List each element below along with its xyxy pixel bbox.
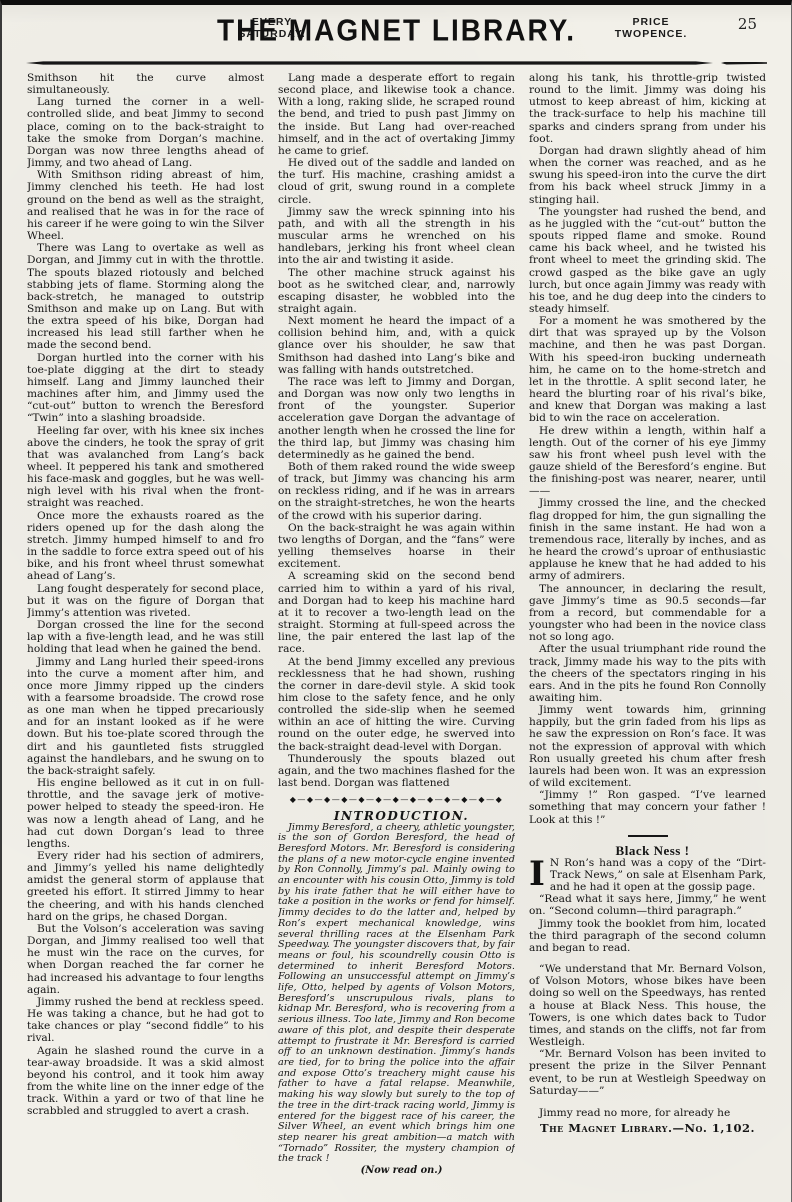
paragraph: He dived out of the saddle and landed on…	[278, 157, 515, 206]
paragraph: For a moment he was smothered by the dir…	[529, 315, 766, 424]
rule-end-dash	[721, 62, 767, 65]
column-1: Smithson hit the curve almost simultaneo…	[27, 72, 264, 1202]
swelled-rule	[26, 61, 713, 65]
column-2: Lang made a desperate effort to regain s…	[278, 72, 515, 1202]
introduction-synopsis: Jimmy Beresford, a cheery, athletic youn…	[278, 823, 515, 1166]
dropcap-paragraph: IN Ron’s hand was a copy of the “Dirt-Tr…	[529, 857, 766, 893]
paragraph: Again he slashed round the curve in a te…	[27, 1045, 264, 1118]
paragraph: A screaming skid on the second bend carr…	[278, 570, 515, 655]
paragraph: “We understand that Mr. Bernard Volson, …	[529, 963, 766, 1048]
diamond-ornament-divider: ◆—◆—◆—◆—◆—◆—◆—◆—◆—◆—◆—◆—◆	[278, 794, 515, 806]
paragraph: The other machine struck against his boo…	[278, 267, 515, 316]
section-heading: Black Ness !	[529, 845, 766, 857]
price-line2: TWOPENCE.	[601, 29, 701, 41]
paragraph: “Read what it says here, Jimmy,” he went…	[529, 893, 766, 917]
paragraph: Lang made a desperate effort to regain s…	[278, 72, 515, 157]
paragraph: With Smithson riding abreast of him, Jim…	[27, 169, 264, 242]
paragraph: Thunderously the spouts blazed out again…	[278, 753, 515, 789]
paragraph: Once more the exhausts roared as the rid…	[27, 510, 264, 583]
paragraph: The announcer, in declaring the result, …	[529, 583, 766, 644]
introduction-heading: INTRODUCTION.	[278, 810, 515, 822]
column-3: along his tank, his throttle-grip twiste…	[529, 72, 766, 1202]
paragraph: Both of them raked round the wide sweep …	[278, 461, 515, 522]
paragraph: Jimmy rushed the bend at reckless speed.…	[27, 996, 264, 1045]
paragraph: Next moment he heard the impact of a col…	[278, 315, 515, 376]
paragraph: Dorgan had drawn slightly ahead of him w…	[529, 145, 766, 206]
masthead: EVERY SATURDAY. THE MAGNET LIBRARY. PRIC…	[2, 5, 791, 57]
paragraph: Lang fought desperately for second place…	[27, 583, 264, 619]
paragraph: He drew within a length, within half a l…	[529, 425, 766, 498]
now-read-on-note: (Now read on.)	[278, 1165, 515, 1177]
paragraph: Jimmy went towards him, grinning happily…	[529, 704, 766, 789]
paragraph: The race was left to Jimmy and Dorgan, a…	[278, 376, 515, 461]
paragraph: The youngster had rushed the bend, and a…	[529, 206, 766, 315]
section-divider-rule	[628, 835, 668, 837]
paragraph: Jimmy saw the wreck spinning into his pa…	[278, 206, 515, 267]
paragraph: “Mr. Bernard Volson has been invited to …	[529, 1048, 766, 1097]
page-number: 25	[738, 15, 757, 33]
masthead-rule	[2, 61, 791, 65]
paragraph: “Jimmy !” Ron gasped. “I’ve learned some…	[529, 789, 766, 825]
paragraph: Every rider had his section of admirers,…	[27, 850, 264, 923]
paragraph: There was Lang to overtake as well as Do…	[27, 242, 264, 351]
paragraph: Heeling far over, with his knee six inch…	[27, 425, 264, 510]
paragraph: Jimmy took the booklet from him, located…	[529, 918, 766, 954]
paragraph: Dorgan crossed the line for the second l…	[27, 619, 264, 655]
issue-footer: The Magnet Library.—No. 1,102.	[529, 1122, 766, 1134]
paragraph: Jimmy crossed the line, and the checked …	[529, 497, 766, 582]
text-columns: Smithson hit the curve almost simultaneo…	[2, 72, 791, 1202]
closing-line: Jimmy read no more, for already he	[529, 1107, 766, 1119]
paragraph: along his tank, his throttle-grip twiste…	[529, 72, 766, 145]
paragraph: Dorgan hurtled into the corner with his …	[27, 352, 264, 425]
paragraph: Lang turned the corner in a well-control…	[27, 96, 264, 169]
magazine-page: EVERY SATURDAY. THE MAGNET LIBRARY. PRIC…	[0, 0, 792, 1202]
paragraph: But the Volson’s acceleration was saving…	[27, 923, 264, 996]
drop-cap: I	[529, 857, 550, 889]
paragraph: At the bend Jimmy excelled any previous …	[278, 656, 515, 753]
dropcap-paragraph-text: N Ron’s hand was a copy of the “Dirt-Tra…	[550, 857, 766, 893]
price-line1: PRICE	[601, 17, 701, 29]
paragraph: His engine bellowed as it cut in on full…	[27, 777, 264, 850]
paragraph: Smithson hit the curve almost simultaneo…	[27, 72, 264, 96]
paragraph: After the usual triumphant ride round th…	[529, 643, 766, 704]
price-block: PRICE TWOPENCE.	[601, 17, 701, 40]
paragraph: On the back-straight he was again within…	[278, 522, 515, 571]
paragraph: Jimmy and Lang hurled their speed-irons …	[27, 656, 264, 778]
